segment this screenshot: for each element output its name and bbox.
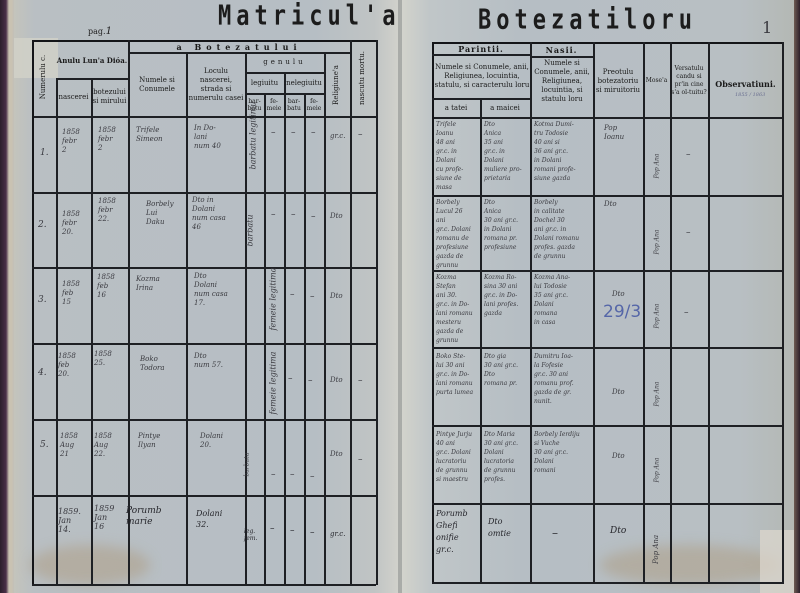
entry-5-tata: Pintye Jurju 40 ani gr.c. Dolani lucrato… [436,430,472,484]
entry-4-botezului: 1858 25. [94,350,112,368]
entry-5-nr: 5. [40,440,49,451]
water-stain [600,545,780,585]
entry-3-tata: Kozma Stefan ani 30. gr.c. in Do- lani r… [436,273,473,345]
entry-2-nelegiuitu-barbatu: – [291,210,296,221]
header-parintii: Parintii. [432,44,530,54]
grid-line [782,42,784,584]
header-botezului: botezului si mirului [91,80,128,114]
entry-6-legiuitu-barbatu: leg. fem. [244,528,266,542]
grid-line [324,52,326,585]
entry-3-versatulu: – [684,308,689,319]
row-divider [32,192,376,194]
header-nasii-desc: Numele si Conumele, anii, Religiunea, lo… [532,58,592,104]
entry-1-nascutu-mortu: – [358,130,363,141]
entry-2-botezului: 1858 febr 22. [98,197,116,224]
entry-2-locul: Dto in Dolani num casa 46 [192,196,226,232]
entry-5-nelegiuitu-barbatu: – [290,470,295,481]
header-barbatu-nelegiuitu: bar-batu [284,95,304,115]
entry-6-nascerei: 1859. Jan 14. [58,507,81,534]
entry-2-tata: Borbely Lucul 26 ani gr.c. Dolani romanu… [436,198,471,270]
entry-5-religiunea: Dto [330,450,343,459]
entry-4-locul: Dto num 57. [194,352,223,370]
entry-3-nelegiuitu-barbatu: – [290,290,295,301]
entry-3-nr: 3. [38,295,47,306]
header-versatulu: Versatulu candu si pr'in cine s'a ol-tui… [671,48,707,114]
entry-5-mosea: Pop Ana [654,449,661,483]
entry-3-nasii: Kozma Ana- lui Todosie 35 ani gr.c. Dola… [534,273,570,327]
entry-4-nr: 4. [38,368,47,379]
page-label-text: pag. [88,27,106,36]
header-legiuitu: legiuitu [245,74,284,92]
header-femeie: fe-meie [264,95,284,115]
entry-5-legiuitu-femeie: – [271,470,276,481]
row-divider [432,425,782,427]
entry-4-preotulu: Dto [612,388,625,397]
entry-3-nelegiuitu-femeie: – [310,292,315,303]
entry-5-botezului: 1858 Aug 22. [94,432,112,459]
entry-4-nascerei: 1858 feb 20. [58,352,76,379]
entry-1-tata: Trifele Ioanu 48 ani gr.c. in Dolani cu … [436,120,463,192]
title-right: Botezatiloru [478,5,697,36]
entry-3-mosea: Pop Ana [654,295,661,329]
entry-6-botezului: 1859 Jan 16 [94,504,114,531]
header-genulu: genulu [245,54,324,71]
entry-4-tata: Boko Ste- lui 30 ani gr.c. in Do- lani r… [436,352,473,397]
entry-4-mosea: Pop Ana [654,373,661,407]
water-stain [30,545,150,585]
entry-2-nascerei: 1858 febr 20. [62,210,80,237]
header-parintii-desc: Numele si Conumele, anii, Religiunea, lo… [434,56,530,96]
header-a-maicei: a maicei [480,100,530,116]
header-nascutu-mortu: nascutu mortu. [358,48,368,108]
header-a-botezatului: a Botezatului [128,42,350,52]
entry-2-preotulu: Dto [604,200,617,209]
entry-3-mama: Kozma Ro- sina 30 ani gr.c. in Do- lani … [484,273,518,318]
entry-4-nasii: Dumitru Ioa- la Fofesie gr.c. 30 ani rom… [534,352,574,406]
row-divider [432,195,782,197]
entry-1-preotulu: Pop Ioanu [604,124,624,142]
entry-2-nasii: Borbely in calitate Dochel 30 ani gr.c. … [534,198,579,261]
entry-2-mama: Dto Anica 30 ani gr.c. in Dolani romana … [484,198,518,252]
grid-line [480,98,482,584]
entry-6-tata: Porumb Ghefi onifie gr.c. [436,508,468,556]
entry-2-mosea: Pop Ana [654,221,661,255]
entry-2-nelegiuitu-femeie: – [311,212,316,223]
entry-3-blue-annotation: 29/3 [603,302,641,322]
entry-2-nr: 2. [38,220,47,231]
entry-1-nume: Trifele Simeon [136,126,163,144]
entry-3-religiunea: Dto [330,292,343,301]
entry-2-versatulu: – [686,228,691,239]
entry-3-locul: Dto Dolani num casa 17. [194,272,228,308]
header-observatiuni: Observatiuni. [709,78,782,90]
page-label: pag.1 [88,26,112,37]
entry-1-locul: In Do- lani num 40 [194,124,221,151]
header-mosea: Mose'a [643,70,670,90]
entry-5-nelegiuitu-femeie: – [310,472,315,483]
entry-1-mosea: Pop Ana [654,145,661,179]
entry-1-nascerei: 1858 febr 2 [62,128,80,155]
entry-4-religiunea: Dto [330,376,343,385]
entry-1-nr: 1. [40,148,49,159]
entry-5-mama: Dto Maria 30 ani gr.c. Dolani lucratoria… [484,430,518,484]
row-divider [32,267,376,269]
header-nelegiuitu: nelegiuitu [284,74,324,92]
header-numerulu: Numerulu c. [39,49,49,105]
entry-1-nelegiuitu-barbatu: – [291,128,296,139]
entry-5-legiuitu-barbatu: barbatu [244,447,251,477]
entry-1-nelegiuitu-femeie: – [311,128,316,139]
row-divider [32,419,376,421]
grid-line [284,72,286,585]
entry-1-religiunea: gr.c. [330,132,345,141]
entry-1-nasii: Kotma Dumi- tru Todosie 40 ani si 36 ani… [534,120,576,183]
header-nascerei: nascerei [56,80,91,114]
entry-6-nelegiuitu-femeie: – [310,528,315,539]
entry-5-nasii: Borbely Ierdiju si Vuche 30 ani gr.c. Do… [534,430,580,475]
entry-2-religiunea: Dto [330,212,343,221]
entry-2-legiuitu-barbatu: barbatu [246,207,255,247]
entry-5-nascutu-mortu: – [358,455,363,466]
entry-6-religiunea: gr.c. [330,530,345,539]
page-number: 1 [106,26,112,37]
entry-4-nascutu-mortu: – [358,376,363,387]
header-anulu-luna-dioa: Anulu Lun'a Dióa. [56,44,128,76]
grid-line [186,52,188,585]
repair-tape [760,530,794,593]
entry-5-nascerei: 1858 Aug 21 [60,432,78,459]
repair-tape [14,38,58,78]
title-left: Matricul'a [218,1,400,32]
entry-4-nelegiuitu-femeie: – [308,376,313,387]
observatiuni-note: 1855 / 1863 [735,92,765,98]
entry-4-mama: Dto gia 30 ani gr.c. Dto romana pr. [484,352,518,388]
grid-line [32,40,34,585]
grid-line [376,40,378,585]
grid-line [128,40,130,585]
grid-line [432,117,782,119]
row-divider [432,582,782,584]
entry-1-botezului: 1858 febr 2 [98,126,116,153]
header-religiunea: Religiune'a [332,55,342,115]
entry-5-preotulu: Dto [612,452,625,461]
entry-1-versatulu: – [686,150,691,161]
row-divider [432,270,782,272]
folio-number: 1 [762,22,772,33]
header-femeie-nelegiuitu: fe-meie [304,95,324,115]
entry-5-locul: Dolani 20. [200,432,223,450]
grid-line [245,52,247,585]
row-divider [32,495,376,497]
row-divider [32,343,376,345]
grid-line [350,40,352,585]
entry-6-mosea: Pop Ana [652,524,660,564]
entry-3-nascerei: 1858 feb 15 [62,280,80,307]
grid-line [91,78,93,585]
entry-1-mama: Dto Anica 35 ani gr.c. in Dolani muliere… [484,120,522,183]
entry-3-botezului: 1858 feb 16 [97,273,115,300]
entry-6-legiuitu-femeie: – [270,524,275,535]
row-divider [432,503,782,505]
entry-4-nume: Boko Todora [140,355,165,373]
entry-4-nelegiuitu-barbatu: – [288,374,293,385]
entry-6-nume: Porumb marie [126,506,162,528]
entry-6-nelegiuitu-barbatu: – [290,526,295,537]
entry-5-nume: Pintye Ilyan [138,432,160,450]
header-preotulu: Preotulu botezatoriu si miruitoriu [594,56,642,106]
grid-line [264,93,266,585]
entry-3-legiuitu-femeie: femeie legitima [269,271,278,331]
entry-6-preotulu: Dto [610,526,626,537]
book-spine [398,0,402,593]
grid-line [304,93,306,585]
header-loculu-nascerei: Loculu nascerei, strada si numerulu case… [188,56,244,114]
entry-6-locul: Dolani 32. [196,508,222,530]
entry-1-legiuitu-femeie: – [271,128,276,139]
entry-4-legiuitu-femeie: femeie legitima [269,355,278,415]
header-a-tatei: a tatei [432,100,480,116]
row-divider [432,347,782,349]
entry-2-nume: Borbely Lui Daku [146,200,174,227]
entry-1-legiuitu-barbatu: barbatu legitimu [249,120,258,170]
entry-3-preotulu: Dto [612,290,625,299]
row-divider [32,584,376,586]
entry-6-mama: Dto omtie [488,516,511,540]
header-numele-conumele: Numele si Conumele [130,56,184,114]
entry-2-legiuitu-femeie: – [271,210,276,221]
entry-6-nasii: – [552,528,558,539]
right-book-edge [794,0,800,593]
entry-3-nume: Kozma Irina [136,275,160,293]
header-nasii: Nasii. [530,44,593,56]
